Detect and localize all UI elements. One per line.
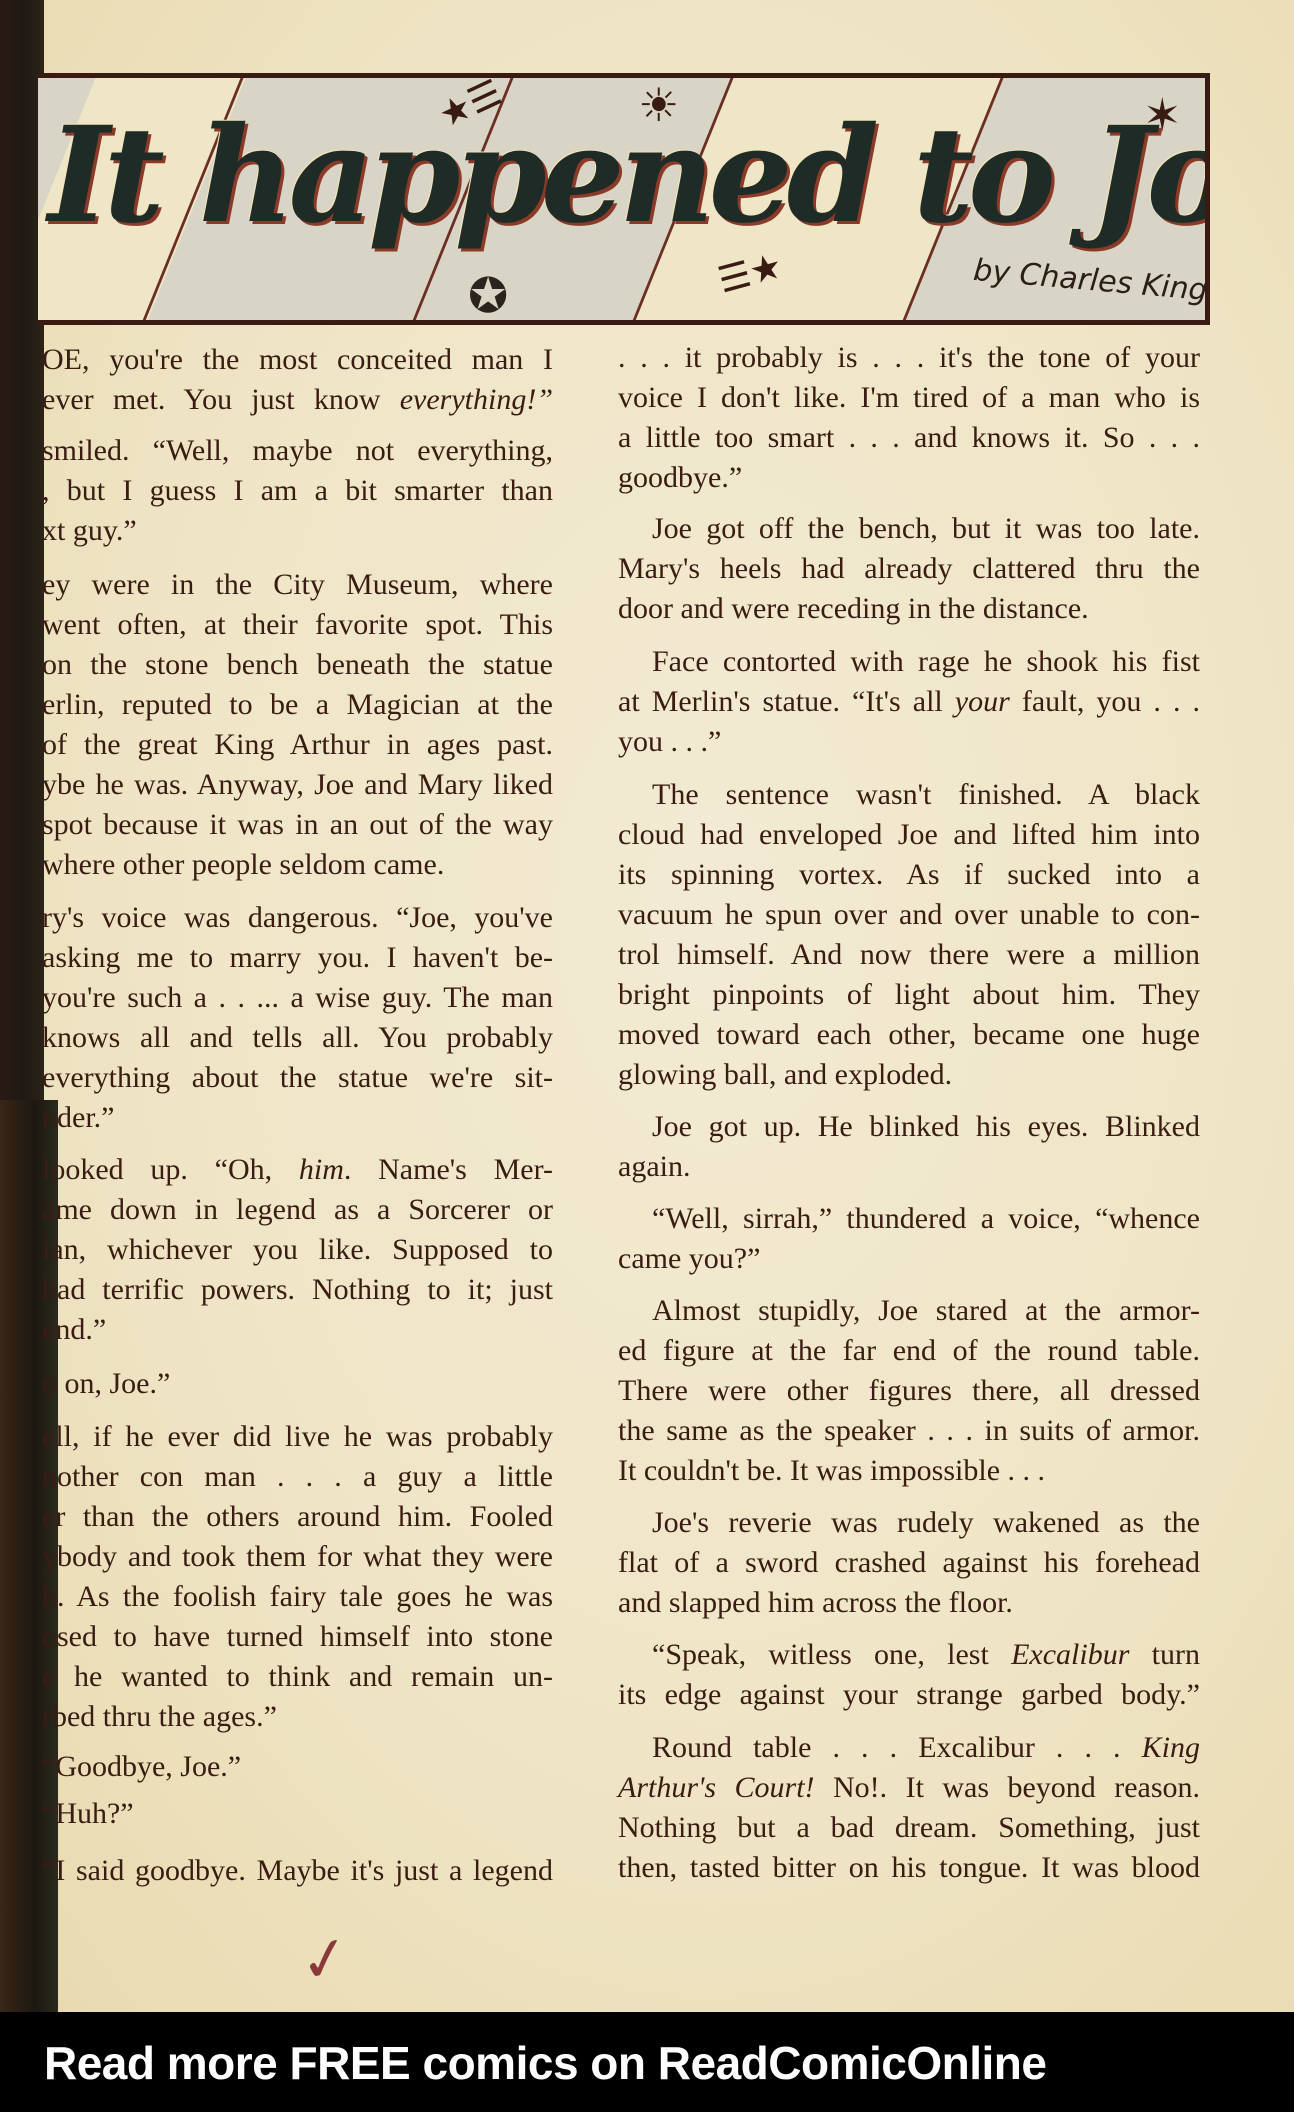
text-span: . Name's Mer- [344,1153,553,1186]
text-line: Mary's heels had already clattered thru … [618,550,1200,588]
text-line: door and were receding in the distance. [618,590,1200,628]
text-line: vacuum he spun over and over unable to c… [618,896,1200,934]
text-span: ever met. You just know [42,383,400,416]
text-line: “Goodbye, Joe.” [42,1748,553,1786]
text-line: ry's voice was dangerous. “Joe, you've [42,899,553,937]
text-line: nder.” [42,1099,553,1137]
text-line: goodbye.” [618,459,1200,497]
text-line: cloud had enveloped Joe and lifted him i… [618,816,1200,854]
text-line: Nothing but a bad dream. Something, just [618,1809,1200,1847]
text-line: glowing ball, and exploded. [618,1056,1200,1094]
text-line: Joe got off the bench, but it was too la… [618,510,1200,548]
text-line: “I said goodbye. Maybe it's just a legen… [42,1852,553,1890]
text-line: the same as the speaker . . . in suits o… [618,1412,1200,1450]
text-line: ame down in legend as a Sorcerer or [42,1191,553,1229]
text-line: then, tasted bitter on his tongue. It wa… [618,1849,1200,1887]
text-line: went often, at their favorite spot. This [42,606,553,644]
text-line: trol himself. And now there were a milli… [618,936,1200,974]
story-title: It happened to Joe! [48,98,1210,253]
italic-span: everything!” [400,383,553,416]
text-line: voice I don't like. I'm tired of a man w… [618,379,1200,417]
text-line: its edge against your strange garbed bod… [618,1676,1200,1714]
text-span: fault, you . . . [1010,685,1200,718]
text-line: Joe got up. He blinked his eyes. Blinked [618,1108,1200,1146]
pen-checkmark-icon: ✓ [294,1921,356,1999]
text-line: erlin, reputed to be a Magician at the [42,686,553,724]
promo-text: Read more FREE comics on ReadComicOnline [44,2036,1046,2090]
text-line: bright pinpoints of light about him. The… [618,976,1200,1014]
text-line: ey were in the City Museum, where [42,566,553,604]
text-line: It couldn't be. It was impossible . . . [618,1452,1200,1490]
text-line: There were other figures there, all dres… [618,1372,1200,1410]
text-line: e he wanted to think and remain un- [42,1658,553,1696]
text-line: . . . it probably is . . . it's the tone… [618,339,1200,377]
text-line: ell, if he ever did live he was probably [42,1418,553,1456]
text-line: end.” [42,1311,553,1349]
italic-span: him [299,1153,344,1186]
text-line: smiled. “Well, maybe not everything, [42,432,553,470]
text-line: you . . .” [618,723,1200,761]
text-line: moved toward each other, became one huge [618,1016,1200,1054]
text-line: “Huh?” [42,1795,553,1833]
text-span: Round table . . . Excalibur . . . [652,1731,1142,1764]
text-line: and slapped him across the floor. [618,1584,1200,1622]
text-line: ed figure at the far end of the round ta… [618,1332,1200,1370]
italic-span: Arthur's Court! [618,1771,815,1804]
promo-banner: Read more FREE comics on ReadComicOnline [0,2012,1294,2112]
text-line: looked up. “Oh, him. Name's Mer- [42,1151,553,1189]
text-line: ever met. You just know everything!” [42,381,553,419]
text-line: you're such a . . ... a wise guy. The ma… [42,979,553,1017]
text-line: where other people seldom came. [42,846,553,884]
text-span: turn [1129,1638,1200,1671]
text-line: nother con man . . . a guy a little [42,1458,553,1496]
text-line: asking me to marry you. I haven't be- [42,939,553,977]
text-line: spot because it was in an out of the way [42,806,553,844]
text-line: flat of a sword crashed against his fore… [618,1544,1200,1582]
text-line: “Speak, witless one, lest Excalibur turn [618,1636,1200,1674]
italic-span: King [1142,1731,1200,1764]
italic-span: Excalibur [1011,1638,1129,1671]
text-line: on the stone bench beneath the statue [42,646,553,684]
text-line: Almost stupidly, Joe stared at the armor… [618,1292,1200,1330]
byline: by Charles King [972,253,1209,308]
star-icon: ✪ [468,268,508,324]
text-line: osed to have turned himself into stone [42,1618,553,1656]
text-line: came you?” [618,1240,1200,1278]
text-span: No!. It was beyond reason. [815,1771,1200,1804]
text-span: “Speak, witless one, lest [652,1638,1011,1671]
text-line: h. As the foolish fairy tale goes he was [42,1578,553,1616]
italic-span: your [955,685,1010,718]
text-line: “Well, sirrah,” thundered a voice, “when… [618,1200,1200,1238]
text-line: rbed thru the ages.” [42,1698,553,1736]
text-line: knows all and tells all. You probably [42,1019,553,1057]
text-line: The sentence wasn't finished. A black [618,776,1200,814]
text-line: everything about the statue we're sit- [42,1059,553,1097]
text-line: ybody and took them for what they were [42,1538,553,1576]
text-line: a little too smart . . . and knows it. S… [618,419,1200,457]
text-line: again. [618,1148,1200,1186]
text-line: OE, you're the most conceited man I [42,341,553,379]
text-line: er than the others around him. Fooled [42,1498,553,1536]
text-line: of the great King Arthur in ages past. [42,726,553,764]
text-line: ian, whichever you like. Supposed to [42,1231,553,1269]
comic-page: ★☰ ☀ ✶ ✪ ☰★ It happened to Joe! by Charl… [0,0,1294,2012]
text-line: Round table . . . Excalibur . . . King [618,1729,1200,1767]
text-span: at Merlin's statue. “It's all [618,685,955,718]
text-line: Joe's reverie was rudely wakened as the [618,1504,1200,1542]
text-line: xt guy.” [42,512,553,550]
text-span: looked up. “Oh, [42,1153,299,1186]
text-line: had terrific powers. Nothing to it; just [42,1271,553,1309]
text-line: o on, Joe.” [42,1365,553,1403]
text-line: its spinning vortex. As if sucked into a [618,856,1200,894]
text-line: Face contorted with rage he shook his fi… [618,643,1200,681]
text-line: at Merlin's statue. “It's all your fault… [618,683,1200,721]
text-line: Arthur's Court! No!. It was beyond reaso… [618,1769,1200,1807]
title-banner: ★☰ ☀ ✶ ✪ ☰★ It happened to Joe! by Charl… [38,73,1210,325]
text-line: , but I guess I am a bit smarter than [42,472,553,510]
text-line: ybe he was. Anyway, Joe and Mary liked [42,766,553,804]
